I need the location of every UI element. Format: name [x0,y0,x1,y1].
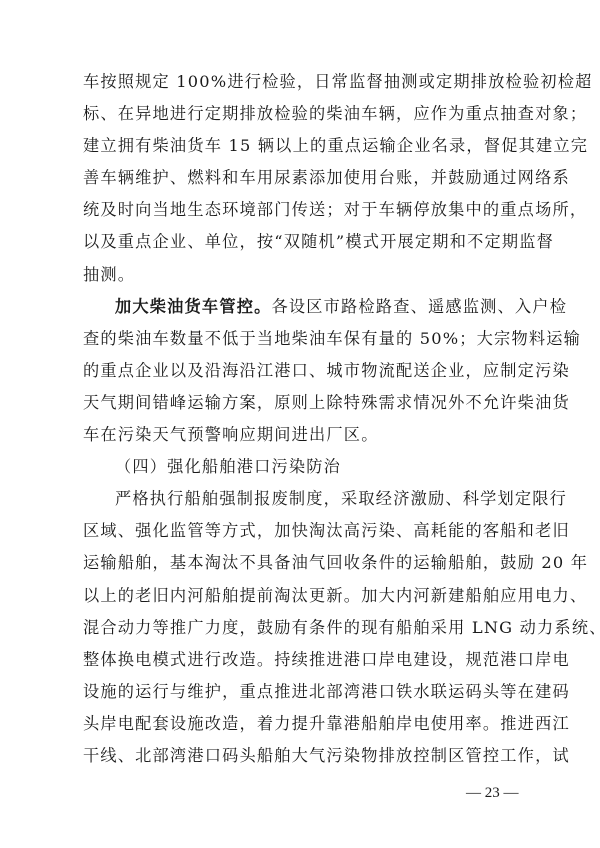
page-number: — 23 — [466,785,519,802]
text-line: 设施的运行与维护，重点推进北部湾港口铁水联运码头等在建码 [83,676,528,708]
document-body: 车按照规定 100%进行检验，日常监督抽测或定期排放检验初检超 标、在异地进行定… [83,66,528,772]
text-line: 抽测。 [83,259,528,291]
text-line: 头岸电配套设施改造，着力提升靠港船舶岸电使用率。推进西江 [83,708,528,740]
text-line: 以上的老旧内河船舶提前淘汰更新。加大内河新建船舶应用电力、 [83,580,528,612]
text-line: 运输船舶，基本淘汰不具备油气回收条件的运输船舶，鼓励 20 年 [83,547,528,579]
text-line: 加大柴油货车管控。各设区市路检路查、遥感监测、入户检 [83,291,528,323]
text-line: 建立拥有柴油货车 15 辆以上的重点运输企业名录，督促其建立完 [83,130,528,162]
paragraph-vehicle-inspection: 车按照规定 100%进行检验，日常监督抽测或定期排放检验初检超 标、在异地进行定… [83,66,528,291]
bold-lead-phrase: 加大柴油货车管控。 [115,297,272,316]
section-heading: （四）强化船舶港口污染防治 [83,451,528,483]
text-segment: 各设区市路检路查、遥感监测、入户检 [272,297,568,316]
paragraph-ship-port-pollution: 严格执行船舶强制报废制度，采取经济激励、科学划定限行 区域、强化监管等方式，加快… [83,483,528,772]
document-page: 车按照规定 100%进行检验，日常监督抽测或定期排放检验初检超 标、在异地进行定… [0,0,600,848]
text-line: 严格执行船舶强制报废制度，采取经济激励、科学划定限行 [83,483,528,515]
text-line: 标、在异地进行定期排放检验的柴油车辆，应作为重点抽查对象； [83,98,528,130]
paragraph-diesel-truck-control: 加大柴油货车管控。各设区市路检路查、遥感监测、入户检 查的柴油车数量不低于当地柴… [83,291,528,451]
text-line: 天气期间错峰运输方案，原则上除特殊需求情况外不允许柴油货 [83,387,528,419]
text-line: 混合动力等推广力度，鼓励有条件的现有船舶采用 LNG 动力系统、 [83,612,528,644]
text-line: 区域、强化监管等方式，加快淘汰高污染、高耗能的客船和老旧 [83,515,528,547]
text-line: 查的柴油车数量不低于当地柴油车保有量的 50%；大宗物料运输 [83,323,528,355]
text-line: 干线、北部湾港口码头船舶大气污染物排放控制区管控工作，试 [83,740,528,772]
text-line: 车在污染天气预警响应期间进出厂区。 [83,419,528,451]
text-line: 统及时向当地生态环境部门传送；对于车辆停放集中的重点场所， [83,194,528,226]
text-line: 整体换电模式进行改造。持续推进港口岸电建设，规范港口岸电 [83,644,528,676]
text-line: 善车辆维护、燃料和车用尿素添加使用台账，并鼓励通过网络系 [83,162,528,194]
section-heading-text: （四）强化船舶港口污染防治 [83,451,528,483]
text-line: 的重点企业以及沿海沿江港口、城市物流配送企业，应制定污染 [83,355,528,387]
text-line: 车按照规定 100%进行检验，日常监督抽测或定期排放检验初检超 [83,66,528,98]
text-line: 以及重点企业、单位，按“双随机”模式开展定期和不定期监督 [83,226,528,258]
